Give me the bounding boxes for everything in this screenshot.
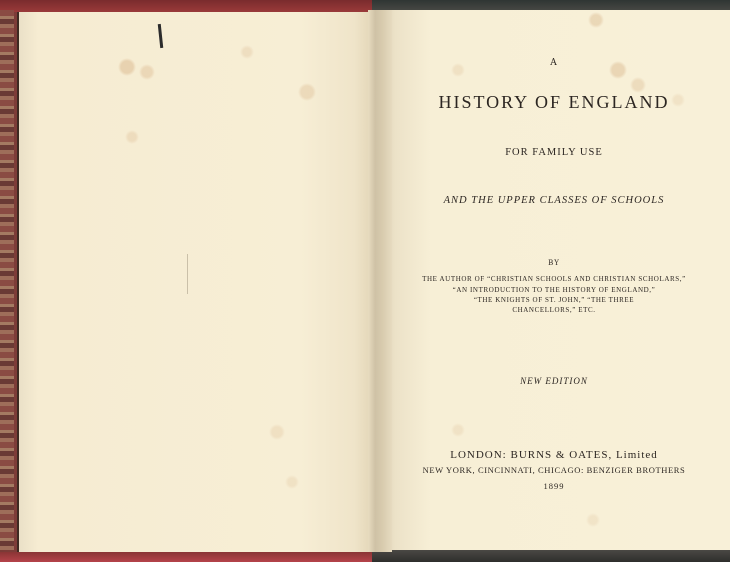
page-mark	[158, 24, 163, 48]
faint-pencil-mark	[187, 254, 188, 294]
book-title: HISTORY OF ENGLAND	[378, 92, 730, 113]
author-credit-line: THE AUTHOR OF “CHRISTIAN SCHOOLS AND CHR…	[378, 275, 730, 283]
publication-year: 1899	[378, 481, 730, 491]
marbled-edge	[0, 10, 14, 550]
author-credit-line: “AN INTRODUCTION TO THE HISTORY OF ENGLA…	[378, 286, 730, 294]
author-credit-line: CHANCELLORS,” ETC.	[378, 306, 730, 314]
subtitle-family-use: FOR FAMILY USE	[378, 147, 730, 158]
cover-bottom-edge	[0, 552, 372, 562]
subtitle-upper-classes: AND THE UPPER CLASSES OF SCHOOLS	[378, 195, 730, 206]
right-bottom-shadow	[372, 550, 730, 562]
publisher-new-york: NEW YORK, CINCINNATI, CHICAGO: BENZIGER …	[378, 465, 730, 475]
edition-label: NEW EDITION	[378, 376, 730, 386]
cover-top-edge	[0, 0, 372, 12]
open-book-spread: A HISTORY OF ENGLAND FOR FAMILY USE AND …	[0, 0, 730, 562]
title-article: A	[378, 58, 730, 68]
by-line: BY	[378, 259, 730, 267]
publisher-london: LONDON: BURNS & OATES, Limited	[378, 449, 730, 461]
blank-left-page	[17, 12, 372, 552]
author-credit-line: “THE KNIGHTS OF ST. JOHN,” “THE THREE	[378, 296, 730, 304]
